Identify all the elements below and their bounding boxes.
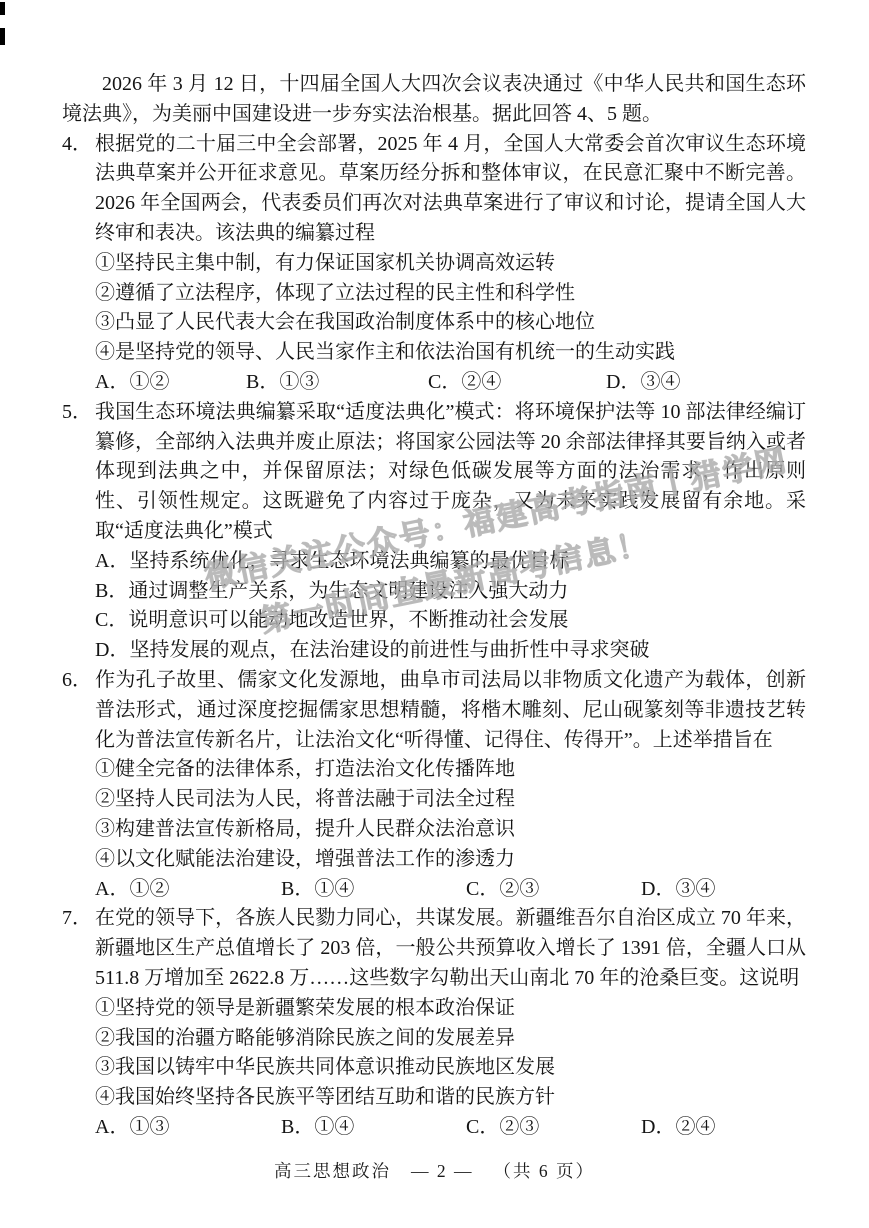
question-body: 我国生态环境法典编纂采取“适度法典化”模式：将环境保护法等 10 部法律经编订纂… [95,401,806,542]
registration-mark [0,2,5,15]
option-d: D．坚持发展的观点，在法治建设的前进性与曲折性中寻求突破 [95,636,806,666]
statement-item: ②我国的治疆方略能够消除民族之间的发展差异 [95,1024,806,1054]
option-d: D．②④ [641,1113,715,1143]
question-number: 5． [62,398,92,428]
options-row: A．①② B．①④ C．②③ D．③④ [95,875,806,905]
statement-item: ④是坚持党的领导、人民当家作主和依法治国有机统一的生动实践 [95,338,806,368]
question-7: 7． 在党的领导下，各族人民勠力同心，共谋发展。新疆维吾尔自治区成立 70 年来… [62,904,806,1142]
option-d: D．③④ [641,875,715,905]
question-body: 根据党的二十届三中全会部署，2025 年 4 月，全国人大常委会首次审议生态环境… [95,133,806,244]
statement-item: ②遵循了立法程序，体现了立法过程的民主性和科学性 [95,279,806,309]
option-c: C．说明意识可以能动地改造世界，不断推动社会发展 [95,606,806,636]
option-c: C．②③ [466,1113,641,1143]
statement-item: ④我国始终坚持各民族平等团结互助和谐的民族方针 [95,1083,806,1113]
page-footer: 高三思想政治— 2 —（共 6 页） [0,1158,869,1183]
footer-page-number: — 2 — [411,1161,474,1181]
statement-item: ①健全完备的法律体系，打造法治文化传播阵地 [95,755,806,785]
options-row: A．①② B．①③ C．②④ D．③④ [95,368,806,398]
statement-item: ①坚持党的领导是新疆繁荣发展的根本政治保证 [95,994,806,1024]
statement-item: ②坚持人民司法为人民，将普法融于司法全过程 [95,785,806,815]
statement-item: ④以文化赋能法治建设，增强普法工作的渗透力 [95,845,806,875]
footer-subject: 高三思想政治 [274,1161,391,1181]
option-c: C．②③ [466,875,641,905]
exam-page: 2026 年 3 月 12 日，十四届全国人大四次会议表决通过《中华人民共和国生… [0,0,869,1228]
option-b: B．①④ [281,1113,466,1143]
option-b: B．①④ [281,875,466,905]
statement-item: ①坚持民主集中制，有力保证国家机关协调高效运转 [95,249,806,279]
statement-item: ③构建普法宣传新格局，提升人民群众法治意识 [95,815,806,845]
option-b: B．通过调整生产关系，为生态文明建设注入强大动力 [95,577,806,607]
footer-total-pages: （共 6 页） [494,1161,596,1181]
option-a: A．①② [95,368,246,398]
option-b: B．①③ [246,368,428,398]
option-a: A．①③ [95,1113,281,1143]
question-number: 6． [62,666,92,696]
question-number: 7． [62,904,92,934]
question-4: 4． 根据党的二十届三中全会部署，2025 年 4 月，全国人大常委会首次审议生… [62,130,806,398]
question-body: 作为孔子故里、儒家文化发源地，曲阜市司法局以非物质文化遗产为载体，创新普法形式，… [95,669,806,751]
options-row: A．①③ B．①④ C．②③ D．②④ [95,1113,806,1143]
option-a: A．①② [95,875,281,905]
question-6: 6． 作为孔子故里、儒家文化发源地，曲阜市司法局以非物质文化遗产为载体，创新普法… [62,666,806,904]
registration-mark [0,28,5,45]
intro-paragraph: 2026 年 3 月 12 日，十四届全国人大四次会议表决通过《中华人民共和国生… [62,70,806,130]
option-d: D．③④ [606,368,680,398]
option-a: A．坚持系统优化，寻求生态环境法典编纂的最优目标 [95,547,806,577]
question-body: 在党的领导下，各族人民勠力同心，共谋发展。新疆维吾尔自治区成立 70 年来，新疆… [95,907,806,989]
statement-item: ③凸显了人民代表大会在我国政治制度体系中的核心地位 [95,308,806,338]
statement-item: ③我国以铸牢中华民族共同体意识推动民族地区发展 [95,1053,806,1083]
page-content: 2026 年 3 月 12 日，十四届全国人大四次会议表决通过《中华人民共和国生… [62,70,806,1143]
question-5: 5． 我国生态环境法典编纂采取“适度法典化”模式：将环境保护法等 10 部法律经… [62,398,806,666]
question-number: 4． [62,130,92,160]
option-c: C．②④ [428,368,606,398]
